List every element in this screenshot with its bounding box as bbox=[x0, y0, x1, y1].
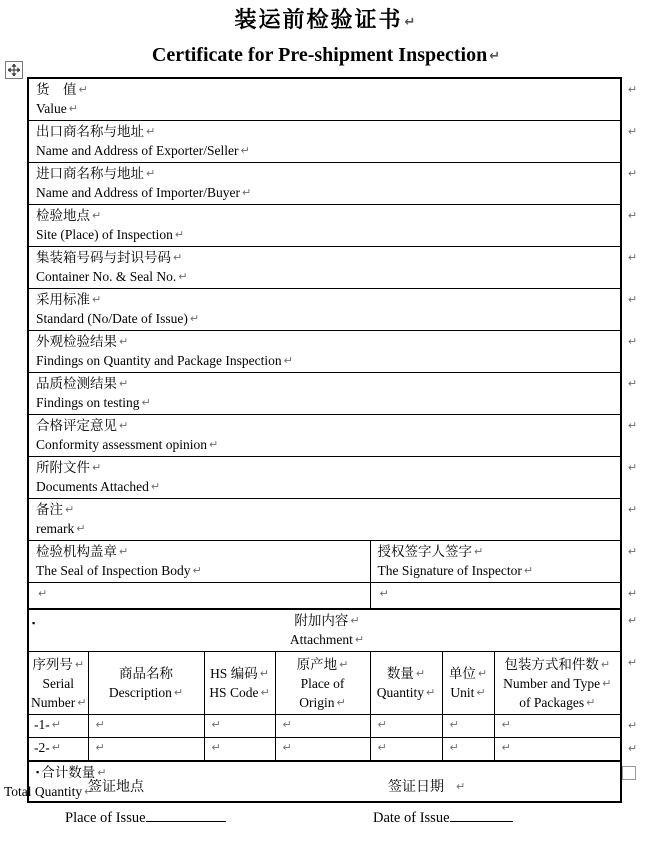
return-mark: ↵ bbox=[628, 206, 637, 225]
return-mark: ↵ bbox=[69, 102, 78, 115]
return-mark: ↵ bbox=[260, 667, 269, 680]
field-label-cn: 出口商名称与地址 bbox=[36, 124, 144, 139]
field-label-en: remark bbox=[36, 521, 74, 536]
return-mark: ↵ bbox=[76, 522, 85, 535]
document-title-en: Certificate for Pre-shipment Inspection↵ bbox=[0, 36, 652, 69]
return-mark: ↵ bbox=[212, 741, 221, 754]
return-mark: ↵ bbox=[628, 739, 637, 759]
return-mark: ↵ bbox=[476, 686, 485, 699]
header-line: 序列号 bbox=[32, 657, 73, 672]
attachment-col-header-3[interactable]: 原产地↵Place ofOrigin↵ bbox=[275, 652, 370, 715]
field-row: 采用标准↵Standard (No/Date of Issue)↵↵ bbox=[28, 289, 621, 331]
return-mark: ↵ bbox=[628, 716, 637, 736]
header-line: 数量 bbox=[387, 666, 414, 681]
field-label-en: Name and Address of Importer/Buyer bbox=[36, 185, 240, 200]
header-line: Serial bbox=[43, 676, 75, 691]
return-mark: ↵ bbox=[173, 251, 182, 264]
return-mark: ↵ bbox=[119, 377, 128, 390]
field-label-en: Site (Place) of Inspection bbox=[36, 227, 173, 242]
signature-of-inspector-cell[interactable]: 授权签字人签字↵ The Signature of Inspector↵ ↵ bbox=[370, 541, 621, 583]
field-label-en: Findings on Quantity and Package Inspect… bbox=[36, 353, 282, 368]
return-mark: ↵ bbox=[146, 125, 155, 138]
header-line: 商品名称 bbox=[119, 666, 173, 681]
field-label-cn: 集装箱号码与封识号码 bbox=[36, 250, 171, 265]
field-label-en: Value bbox=[36, 101, 67, 116]
field-label-en: Name and Address of Exporter/Seller bbox=[36, 143, 238, 158]
header-line: of Packages bbox=[519, 695, 584, 710]
attachment-title-cn: 附加内容 bbox=[294, 613, 348, 628]
attachment-data-cell[interactable]: -1-↵ bbox=[28, 715, 88, 738]
field-row: 进口商名称与地址↵Name and Address of Importer/Bu… bbox=[28, 163, 621, 205]
field-cell-5[interactable]: 采用标准↵Standard (No/Date of Issue)↵↵ bbox=[28, 289, 621, 331]
word-document-page: 装运前检验证书↵ Certificate for Pre-shipment In… bbox=[0, 0, 652, 850]
return-mark: ↵ bbox=[628, 332, 637, 351]
field-row: 品质检测结果↵Findings on testing↵↵ bbox=[28, 373, 621, 415]
return-mark: ↵ bbox=[378, 741, 387, 754]
return-mark: ↵ bbox=[260, 686, 269, 699]
field-row: 货 值↵Value↵↵ bbox=[28, 78, 621, 121]
seal-of-inspection-body-cell[interactable]: 检验机构盖章↵ The Seal of Inspection Body↵ bbox=[28, 541, 370, 583]
seal-label-en: The Seal of Inspection Body bbox=[36, 563, 190, 578]
return-mark: ↵ bbox=[355, 633, 364, 646]
date-of-issue-blank[interactable] bbox=[450, 806, 513, 822]
field-label-cn: 外观检验结果 bbox=[36, 334, 117, 349]
field-label-cn: 采用标准 bbox=[36, 292, 90, 307]
return-mark: ↵ bbox=[586, 696, 595, 709]
return-mark: ↵ bbox=[450, 718, 459, 731]
field-label-cn: 进口商名称与地址 bbox=[36, 166, 144, 181]
return-mark: ↵ bbox=[628, 122, 637, 141]
attachment-title-cell[interactable]: ▪ 附加内容↵ Attachment↵ ↵ bbox=[28, 609, 621, 652]
return-mark: ↵ bbox=[79, 83, 88, 96]
return-mark: ↵ bbox=[92, 461, 101, 474]
field-cell-4[interactable]: 集装箱号码与封识号码↵Container No. & Seal No.↵↵ bbox=[28, 247, 621, 289]
return-mark: ↵ bbox=[502, 718, 511, 731]
move-icon bbox=[8, 64, 20, 76]
attachment-data-cell[interactable]: ↵↵ bbox=[494, 715, 621, 738]
place-of-issue-line: Place of Issue bbox=[65, 806, 226, 827]
date-of-issue-label-en: Date of Issue bbox=[373, 810, 450, 826]
return-mark: ↵ bbox=[628, 458, 637, 477]
return-mark: ↵ bbox=[380, 587, 389, 600]
return-mark: ↵ bbox=[175, 228, 184, 241]
attachment-data-cell[interactable]: ↵ bbox=[370, 715, 442, 738]
return-mark: ↵ bbox=[192, 564, 201, 577]
field-label-cn: 合格评定意见 bbox=[36, 418, 117, 433]
header-line: HS 编码 bbox=[210, 666, 258, 681]
return-mark: ↵ bbox=[628, 374, 637, 393]
field-rows: 货 值↵Value↵↵出口商名称与地址↵Name and Address of … bbox=[28, 78, 621, 541]
return-mark: ↵ bbox=[52, 741, 61, 754]
return-mark: ↵ bbox=[240, 144, 249, 157]
return-mark: ↵ bbox=[628, 500, 637, 519]
field-label-cn: 备注 bbox=[36, 502, 63, 517]
attachment-data-cell[interactable]: ↵ bbox=[88, 738, 204, 762]
return-mark: ↵ bbox=[119, 545, 128, 558]
attachment-data-cell[interactable]: ↵↵ bbox=[494, 738, 621, 762]
return-mark: ↵ bbox=[478, 667, 487, 680]
attachment-data-cell[interactable]: ↵ bbox=[204, 715, 275, 738]
attachment-data-cell[interactable]: ↵ bbox=[204, 738, 275, 762]
return-mark: ↵ bbox=[283, 741, 292, 754]
field-row: 集装箱号码与封识号码↵Container No. & Seal No.↵↵ bbox=[28, 247, 621, 289]
return-mark: ↵ bbox=[119, 335, 128, 348]
attachment-data-row: -2-↵↵↵↵↵↵↵↵ bbox=[28, 738, 621, 762]
return-mark: ↵ bbox=[628, 80, 637, 99]
return-mark: ↵ bbox=[75, 658, 84, 671]
header-line: 包装方式和件数 bbox=[504, 657, 599, 672]
return-mark: ↵ bbox=[628, 248, 637, 267]
field-label-en: Container No. & Seal No. bbox=[36, 269, 176, 284]
return-mark: ↵ bbox=[456, 780, 465, 793]
return-mark: ↵ bbox=[96, 718, 105, 731]
field-cell-2[interactable]: 进口商名称与地址↵Name and Address of Importer/Bu… bbox=[28, 163, 621, 205]
date-of-issue-label-cn: 签证日期↵ bbox=[388, 776, 465, 796]
attachment-data-cell[interactable]: ↵ bbox=[370, 738, 442, 762]
date-of-issue-line: Date of Issue bbox=[373, 806, 513, 827]
field-label-en: Findings on testing bbox=[36, 395, 140, 410]
document-title-cn-text: 装运前检验证书 bbox=[235, 7, 403, 32]
field-cell-8[interactable]: 合格评定意见↵Conformity assessment opinion↵↵ bbox=[28, 415, 621, 457]
return-mark: ↵ bbox=[92, 209, 101, 222]
field-row: 检验地点↵Site (Place) of Inspection↵↵ bbox=[28, 205, 621, 247]
return-mark: ↵ bbox=[416, 667, 425, 680]
return-mark: ↵ bbox=[628, 542, 637, 561]
attachment-data-rows: -1-↵↵↵↵↵↵↵↵-2-↵↵↵↵↵↵↵↵ bbox=[28, 715, 621, 762]
empty-seal-cell[interactable]: ↵ bbox=[28, 583, 370, 610]
return-mark: ↵ bbox=[77, 696, 86, 709]
return-mark: ↵ bbox=[628, 611, 637, 630]
header-line: Origin bbox=[299, 695, 334, 710]
empty-signature-cell[interactable]: ↵↵ bbox=[370, 583, 621, 610]
field-label-cn: 品质检测结果 bbox=[36, 376, 117, 391]
return-mark: ↵ bbox=[628, 290, 637, 309]
table-move-handle[interactable] bbox=[5, 61, 23, 79]
field-row: 外观检验结果↵Findings on Quantity and Package … bbox=[28, 331, 621, 373]
serial-number-value: -2- bbox=[34, 740, 50, 755]
field-cell-10[interactable]: 备注↵remark↵↵ bbox=[28, 499, 621, 541]
return-mark: ↵ bbox=[96, 741, 105, 754]
header-line: 原产地 bbox=[297, 657, 338, 672]
attachment-data-cell[interactable]: ↵ bbox=[275, 738, 370, 762]
serial-number-value: -1- bbox=[34, 717, 50, 732]
attachment-data-cell[interactable]: ↵ bbox=[442, 715, 494, 738]
document-title-cn: 装运前检验证书↵ bbox=[0, 0, 652, 36]
place-of-issue-label-en: Place of Issue bbox=[65, 810, 146, 826]
field-cell-6[interactable]: 外观检验结果↵Findings on Quantity and Package … bbox=[28, 331, 621, 373]
attachment-col-header-6[interactable]: 包装方式和件数↵Number and Type↵of Packages↵↵ bbox=[494, 652, 621, 715]
return-mark: ↵ bbox=[142, 396, 151, 409]
return-mark: ↵ bbox=[209, 438, 218, 451]
return-mark: ↵ bbox=[339, 658, 348, 671]
header-line: 单位 bbox=[449, 666, 476, 681]
return-mark: ↵ bbox=[601, 658, 610, 671]
header-line: Unit bbox=[450, 685, 474, 700]
return-mark: ↵ bbox=[151, 480, 160, 493]
attachment-data-cell[interactable]: ↵ bbox=[88, 715, 204, 738]
field-cell-1[interactable]: 出口商名称与地址↵Name and Address of Exporter/Se… bbox=[28, 121, 621, 163]
field-row: 出口商名称与地址↵Name and Address of Exporter/Se… bbox=[28, 121, 621, 163]
return-mark: ↵ bbox=[65, 503, 74, 516]
return-mark: ↵ bbox=[602, 677, 611, 690]
return-mark: ↵ bbox=[489, 49, 500, 64]
header-line: Place of bbox=[301, 676, 345, 691]
attachment-col-header-0[interactable]: 序列号↵SerialNumber↵ bbox=[28, 652, 88, 715]
bullet-square-icon: ▪ bbox=[32, 614, 35, 633]
header-line: HS Code bbox=[209, 685, 258, 700]
return-mark: ↵ bbox=[212, 718, 221, 731]
header-line: Number and Type bbox=[503, 676, 600, 691]
field-label-cn: 货 值 bbox=[36, 82, 77, 97]
return-mark: ↵ bbox=[524, 564, 533, 577]
seal-label-cn: 检验机构盖章 bbox=[36, 544, 117, 559]
field-row: 备注↵remark↵↵ bbox=[28, 499, 621, 541]
certificate-table: 货 值↵Value↵↵出口商名称与地址↵Name and Address of … bbox=[27, 77, 622, 803]
return-mark: ↵ bbox=[92, 293, 101, 306]
document-title-en-text: Certificate for Pre-shipment Inspection bbox=[152, 44, 487, 66]
return-mark: ↵ bbox=[337, 696, 346, 709]
field-label-cn: 所附文件 bbox=[36, 460, 90, 475]
signature-label-en: The Signature of Inspector bbox=[378, 563, 522, 578]
return-mark: ↵ bbox=[426, 686, 435, 699]
field-cell-0[interactable]: 货 值↵Value↵↵ bbox=[28, 78, 621, 121]
header-line: Quantity bbox=[377, 685, 424, 700]
return-mark: ↵ bbox=[119, 419, 128, 432]
attachment-header-row: 序列号↵SerialNumber↵商品名称Description↵HS 编码↵H… bbox=[28, 652, 621, 715]
header-line: Number bbox=[31, 695, 75, 710]
return-mark: ↵ bbox=[628, 164, 637, 183]
field-row: 所附文件↵Documents Attached↵↵ bbox=[28, 457, 621, 499]
return-mark: ↵ bbox=[378, 718, 387, 731]
field-label-en: Conformity assessment opinion bbox=[36, 437, 207, 452]
field-cell-7[interactable]: 品质检测结果↵Findings on testing↵↵ bbox=[28, 373, 621, 415]
attachment-col-header-4[interactable]: 数量↵Quantity↵ bbox=[370, 652, 442, 715]
field-label-cn: 检验地点 bbox=[36, 208, 90, 223]
attachment-data-cell[interactable]: ↵ bbox=[442, 738, 494, 762]
return-mark: ↵ bbox=[284, 354, 293, 367]
attachment-col-header-5[interactable]: 单位↵Unit↵ bbox=[442, 652, 494, 715]
return-mark: ↵ bbox=[190, 312, 199, 325]
attachment-title-row: ▪ 附加内容↵ Attachment↵ ↵ bbox=[28, 609, 621, 652]
return-mark: ↵ bbox=[502, 741, 511, 754]
return-mark: ↵ bbox=[146, 167, 155, 180]
attachment-col-header-2[interactable]: HS 编码↵HS Code↵ bbox=[204, 652, 275, 715]
seal-signature-row: 检验机构盖章↵ The Seal of Inspection Body↵ 授权签… bbox=[28, 541, 621, 583]
place-of-issue-label-cn: 签证地点 bbox=[88, 776, 144, 796]
field-label-en: Documents Attached bbox=[36, 479, 149, 494]
attachment-data-row: -1-↵↵↵↵↵↵↵↵ bbox=[28, 715, 621, 738]
return-mark: ↵ bbox=[628, 653, 637, 672]
return-mark: ↵ bbox=[174, 686, 183, 699]
return-mark: ↵ bbox=[450, 741, 459, 754]
footer: 签证地点 签证日期↵ Place of Issue Date of Issue bbox=[0, 770, 652, 840]
attachment-title-en: Attachment bbox=[290, 632, 353, 647]
return-mark: ↵ bbox=[38, 587, 47, 600]
return-mark: ↵ bbox=[474, 545, 483, 558]
header-line: Description bbox=[109, 685, 172, 700]
attachment-data-cell[interactable]: ↵ bbox=[275, 715, 370, 738]
place-of-issue-blank[interactable] bbox=[146, 806, 226, 822]
field-cell-3[interactable]: 检验地点↵Site (Place) of Inspection↵↵ bbox=[28, 205, 621, 247]
return-mark: ↵ bbox=[178, 270, 187, 283]
attachment-col-header-1[interactable]: 商品名称Description↵ bbox=[88, 652, 204, 715]
attachment-data-cell[interactable]: -2-↵ bbox=[28, 738, 88, 762]
return-mark: ↵ bbox=[242, 186, 251, 199]
return-mark: ↵ bbox=[350, 614, 359, 627]
return-mark: ↵ bbox=[628, 416, 637, 435]
return-mark: ↵ bbox=[52, 718, 61, 731]
empty-row: ↵ ↵↵ bbox=[28, 583, 621, 610]
field-row: 合格评定意见↵Conformity assessment opinion↵↵ bbox=[28, 415, 621, 457]
field-label-en: Standard (No/Date of Issue) bbox=[36, 311, 188, 326]
field-cell-9[interactable]: 所附文件↵Documents Attached↵↵ bbox=[28, 457, 621, 499]
return-mark: ↵ bbox=[283, 718, 292, 731]
return-mark: ↵ bbox=[405, 15, 418, 30]
return-mark: ↵ bbox=[628, 584, 637, 603]
signature-label-cn: 授权签字人签字 bbox=[378, 544, 473, 559]
